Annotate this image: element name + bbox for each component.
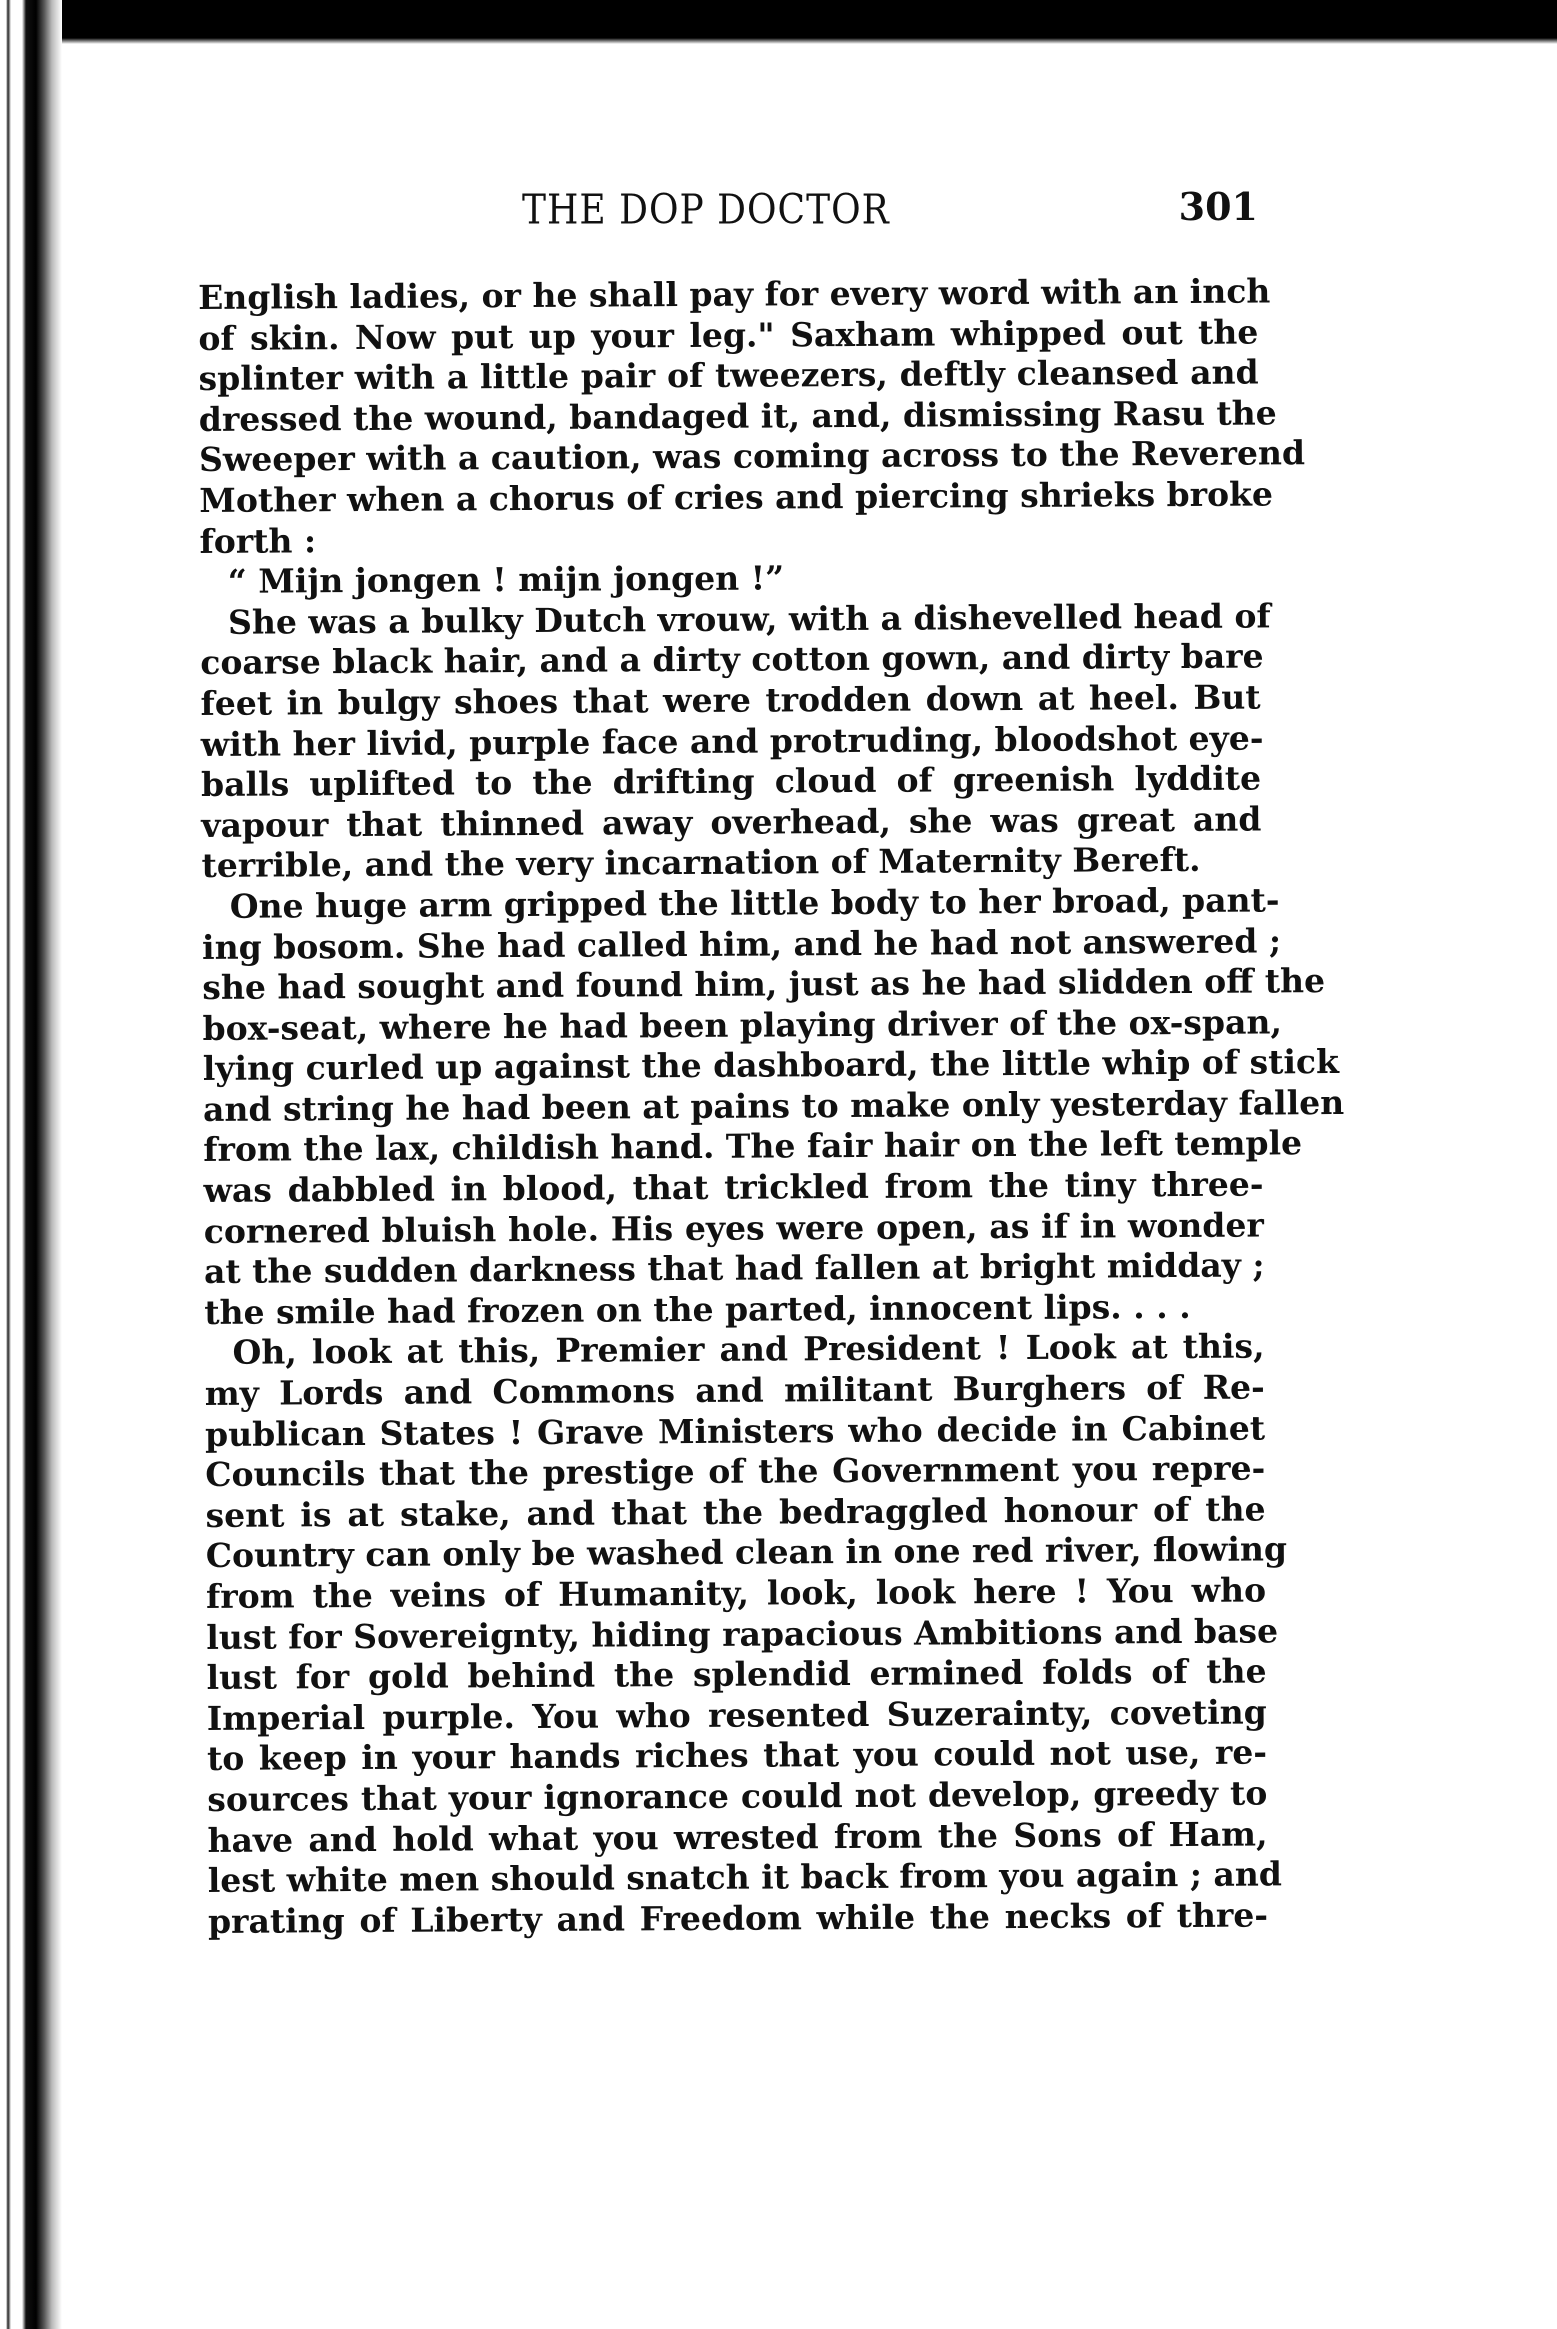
text-line: vapour that thinned away overhead, she w… [201, 799, 1261, 846]
text-line: splinter with a little pair of tweezers,… [198, 353, 1258, 400]
text-line: from the lax, childish hand. The fair ha… [203, 1124, 1263, 1171]
text-line: lying curled up against the dashboard, t… [203, 1043, 1263, 1090]
text-line: sources that your ignorance could not de… [207, 1773, 1267, 1820]
text-line: lust for gold behind the splendid ermine… [206, 1652, 1266, 1699]
text-line: coarse black hair, and a dirty cotton go… [200, 637, 1260, 684]
text-line: with her livid, purple face and protrudi… [201, 718, 1261, 765]
text-line: Imperial purple. You who resented Suzera… [207, 1692, 1267, 1739]
text-line: balls uplifted to the drifting cloud of … [201, 759, 1261, 806]
text-line: box-seat, where he had been playing driv… [202, 1002, 1262, 1049]
text-line: lust for Sovereignty, hiding rapacious A… [206, 1611, 1266, 1658]
text-line: at the sudden darkness that had fallen a… [204, 1246, 1264, 1293]
text-line: prating of Liberty and Freedom while the… [208, 1895, 1268, 1942]
text-line: Country can only be washed clean in one … [206, 1530, 1266, 1577]
text-line: publican States ! Grave Ministers who de… [205, 1408, 1265, 1455]
text-line: cornered bluish hole. His eyes were open… [204, 1205, 1264, 1252]
text-line: Mother when a chorus of cries and pierci… [199, 474, 1259, 521]
book-spine-edge [0, 0, 62, 2329]
text-line: English ladies, or he shall pay for ever… [198, 272, 1258, 319]
text-line: ing bosom. She had called him, and he ha… [202, 921, 1262, 968]
text-line: Oh, look at this, Premier and President … [204, 1327, 1264, 1374]
text-line: of skin. Now put up your leg." Saxham wh… [198, 312, 1258, 359]
text-line: have and hold what you wrested from the … [207, 1814, 1267, 1861]
page-header: THE DOP DOCTOR 301 [200, 190, 1258, 240]
page-number: 301 [1179, 184, 1258, 229]
running-title: THE DOP DOCTOR [522, 187, 890, 234]
text-line: to keep in your hands riches that you co… [207, 1733, 1267, 1780]
text-line: lest white men should snatch it back fro… [208, 1855, 1268, 1902]
text-line: Councils that the prestige of the Govern… [205, 1449, 1265, 1496]
text-line: Sweeper with a caution, was coming acros… [199, 434, 1259, 481]
text-line: and string he had been at pains to make … [203, 1083, 1263, 1130]
text-line: dressed the wound, bandaged it, and, dis… [199, 393, 1259, 440]
text-line: the smile had frozen on the parted, inno… [204, 1286, 1264, 1333]
text-line: feet in bulgy shoes that were trodden do… [200, 677, 1260, 724]
text-line: One huge arm gripped the little body to … [202, 880, 1262, 927]
text-line: terrible, and the very incarnation of Ma… [201, 840, 1261, 887]
text-line: was dabbled in blood, that trickled from… [203, 1165, 1263, 1212]
text-line: She was a bulky Dutch vrouw, with a dish… [200, 596, 1260, 643]
text-line: from the veins of Humanity, look, look h… [206, 1571, 1266, 1618]
text-line: my Lords and Commons and militant Burghe… [205, 1368, 1265, 1415]
text-line: sent is at stake, and that the bedraggle… [205, 1489, 1265, 1536]
page-body-text: English ladies, or he shall pay for ever… [198, 272, 1268, 1943]
text-line: she had sought and found him, just as he… [202, 962, 1262, 1009]
text-line: “ Mijn jongen ! mijn jongen !” [200, 556, 1260, 603]
scan-top-border [0, 0, 1557, 38]
scan-top-shadow [60, 38, 1557, 44]
text-line: forth : [199, 515, 1259, 562]
